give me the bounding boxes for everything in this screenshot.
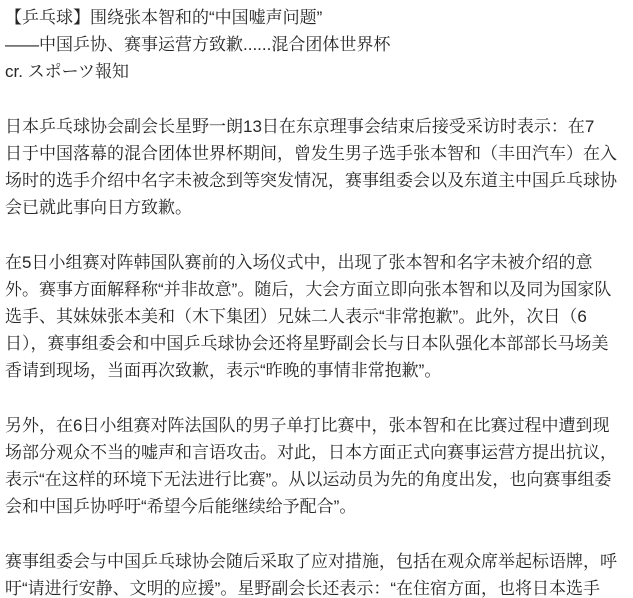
article-paragraph-1: 日本乒乓球协会副会长星野一朗13日在东京理事会结束后接受采访时表示：在7 日于中… <box>5 113 628 221</box>
article: 【乒乓球】围绕张本智和的“中国嘘声问题” ——中国乒协、赛事运营方致歉.....… <box>0 0 633 598</box>
article-subtitle: ——中国乒协、赛事运营方致歉......混合团体世界杯 <box>5 31 628 58</box>
article-paragraph-4: 赛事组委会与中国乒乓球协会随后采取了应对措施，包括在观众席举起标语牌，呼 吁“请… <box>5 548 628 598</box>
article-paragraph-2: 在5日小组赛对阵韩国队赛前的入场仪式中，出现了张本智和名字未被介绍的意 外。赛事… <box>5 249 628 384</box>
article-title: 【乒乓球】围绕张本智和的“中国嘘声问题” <box>5 4 628 31</box>
article-paragraph-3: 另外，在6日小组赛对阵法国队的男子单打比赛中，张本智和在比赛过程中遭到现 场部分… <box>5 412 628 520</box>
article-credit: cr. スポーツ報知 <box>5 58 628 85</box>
article-header: 【乒乓球】围绕张本智和的“中国嘘声问题” ——中国乒协、赛事运营方致歉.....… <box>5 4 628 85</box>
